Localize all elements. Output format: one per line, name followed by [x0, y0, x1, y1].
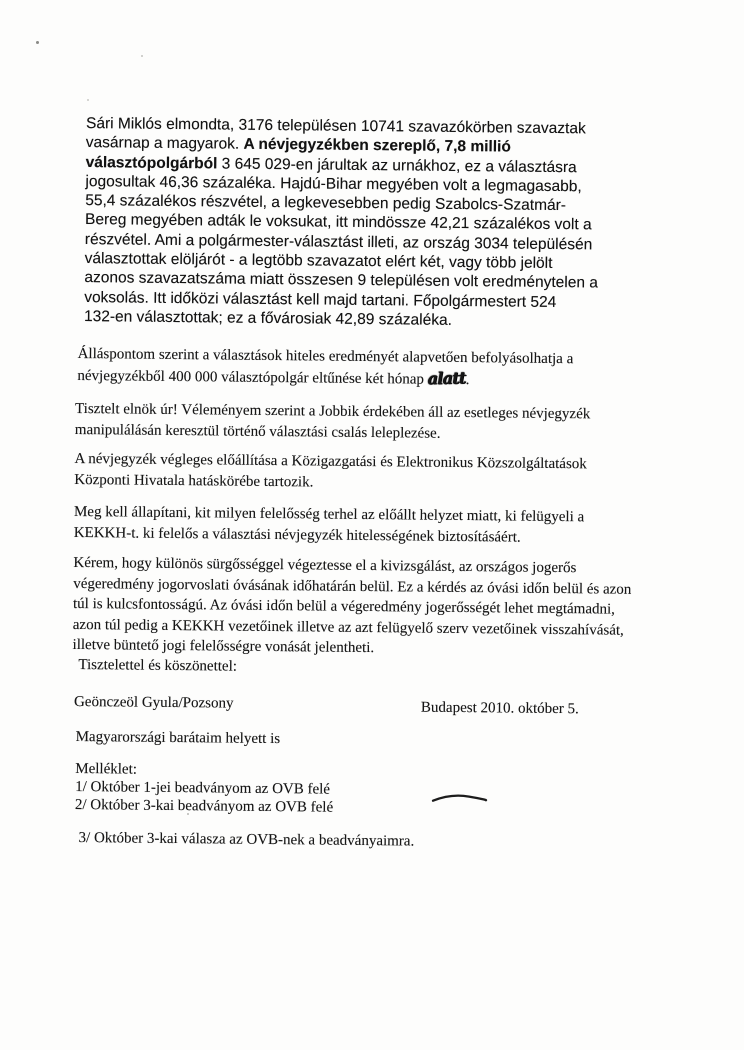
body-paragraph-2: Tisztelt elnök úr! Véleményem szerint a …: [75, 399, 690, 447]
paragraph-text: Tisztelt elnök úr! Véleményem szerint a …: [75, 401, 591, 441]
body-paragraph-1: Álláspontom szerint a választások hitele…: [77, 344, 692, 393]
paragraph-text: A névjegyzék végleges előállítása a Közi…: [74, 451, 587, 490]
closing-line: Tisztelettel és köszönettel:: [78, 657, 237, 676]
letter-body: Álláspontom szerint a választások hitele…: [3, 0, 744, 7]
scan-speck: [141, 55, 143, 57]
date-line: Budapest 2010. október 5.: [421, 700, 579, 719]
attachments-block: Melléklet: 1/ Október 1-jei beadványom a…: [74, 760, 575, 852]
paragraph-text: .: [466, 372, 470, 388]
letter-content: Sári Miklós elmondta, 3176 településen 1…: [0, 0, 744, 1050]
paragraph-text: Meg kell állapítani, kit milyen felelőss…: [74, 504, 585, 545]
body-paragraph-4: Meg kell állapítani, kit milyen felelőss…: [74, 502, 689, 550]
news-excerpt-paragraph: Sári Miklós elmondta, 3176 településen 1…: [84, 114, 686, 333]
attachments-list: 1/ Október 1-jei beadványom az OVB felé2…: [75, 778, 575, 820]
attachment-reply-item: 3/ Október 3-kai válasza az OVB-nek a be…: [78, 829, 574, 852]
body-paragraph-5: Kérem, hogy különös sürgősséggel végezte…: [72, 553, 688, 662]
scanned-letter-page: Sári Miklós elmondta, 3176 településen 1…: [0, 0, 744, 1050]
signature-row: Geönczeöl Gyula/Pozsony Budapest 2010. o…: [74, 694, 674, 720]
body-paragraph-3: A névjegyzék végleges előállítása a Közi…: [74, 449, 689, 497]
signature-name: Geönczeöl Gyula/Pozsony: [74, 694, 234, 713]
scan-speck: [187, 813, 189, 815]
pen-stroke-mark: [431, 791, 489, 808]
attachment-item: 2/ Október 3-kai beadványom az OVB felé: [75, 796, 575, 819]
paragraph-text: Álláspontom szerint a választások hitele…: [77, 346, 573, 387]
scan-speck: [36, 41, 39, 44]
postscript-line: Magyarországi barátaim helyett is: [76, 729, 281, 748]
scan-speck: [87, 99, 89, 101]
news-text-segment: 3 645 029-en járultak az urnákhoz, ez a …: [84, 155, 598, 329]
handwritten-word: alatt: [427, 368, 465, 390]
paragraph-text: Kérem, hogy különös sürgősséggel végezte…: [73, 555, 632, 657]
